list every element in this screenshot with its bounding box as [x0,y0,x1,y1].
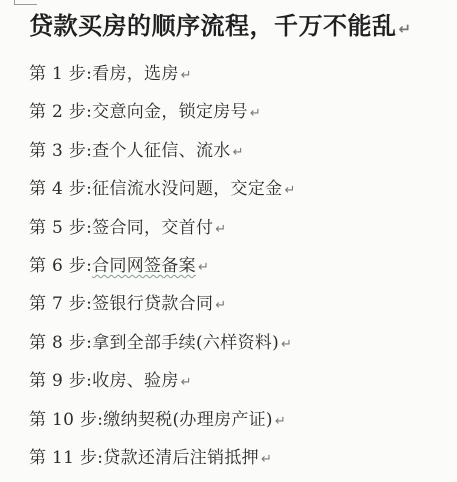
step-label: 第 5 步: [29,218,92,238]
step-row: 第 1 步:看房，选房↵ [29,64,437,102]
paragraph-mark-icon: ↵ [281,337,292,352]
step-label: 第 7 步: [29,294,92,314]
step-text: 缴纳契税(办理房产证) [103,410,273,430]
step-row: 第 2 步:交意向金，锁定房号↵ [29,102,437,140]
step-label: 第 6 步: [29,256,92,276]
step-row: 第 8 步:拿到全部手续(六样资料)↵ [29,333,437,371]
paragraph-mark-icon: ↵ [181,375,192,390]
step-label: 第 2 步: [29,102,92,122]
step-row: 第 11 步:贷款还清后注销抵押↵ [29,448,437,482]
step-row: 第 3 步:查个人征信、流水↵ [29,141,437,179]
paragraph-mark-icon: ↵ [284,183,295,198]
steps-list: 第 1 步:看房，选房↵ 第 2 步:交意向金，锁定房号↵ 第 3 步:查个人征… [29,64,437,482]
step-label: 第 4 步: [29,179,92,199]
step-label: 第 3 步: [29,141,92,161]
step-text: 贷款还清后注销抵押 [103,448,259,468]
step-text: 合同网签备案 [92,256,196,276]
paragraph-mark-icon: ↵ [233,145,244,160]
step-label: 第 10 步: [29,410,103,430]
step-row: 第 5 步:签合同，交首付↵ [29,218,437,256]
step-label: 第 1 步: [29,64,92,84]
paragraph-mark-icon: ↵ [275,414,286,429]
step-label: 第 8 步: [29,333,92,353]
paragraph-mark-icon: ↵ [181,68,192,83]
paragraph-mark-icon: ↵ [215,222,226,237]
step-label: 第 11 步: [29,448,103,468]
step-row: 第 6 步:合同网签备案↵ [29,256,437,294]
step-row: 第 7 步:签银行贷款合同↵ [29,294,437,332]
step-text: 交意向金，锁定房号 [92,102,248,122]
step-text: 收房、验房 [92,371,179,391]
margin-corner-mark [14,0,37,6]
paragraph-mark-icon: ↵ [261,452,272,467]
step-text: 签合同，交首付 [92,218,213,238]
step-label: 第 9 步: [29,371,92,391]
step-text: 查个人征信、流水 [92,141,230,161]
step-row: 第 9 步:收房、验房↵ [29,371,437,409]
page-title: 贷款买房的顺序流程，千万不能乱↵ [29,12,437,43]
margin-corner-vertical-line [14,0,15,5]
margin-corner-horizontal-line [14,4,37,5]
page-title-text: 贷款买房的顺序流程，千万不能乱 [29,11,397,40]
paragraph-mark-icon: ↵ [198,260,209,275]
paragraph-mark-icon: ↵ [215,298,226,313]
step-text: 征信流水没问题，交定金 [92,179,282,199]
step-text: 拿到全部手续(六样资料) [92,333,279,353]
paragraph-mark-icon: ↵ [250,106,261,121]
step-row: 第 4 步:征信流水没问题，交定金↵ [29,179,437,217]
step-text: 签银行贷款合同 [92,294,213,314]
step-row: 第 10 步:缴纳契税(办理房产证)↵ [29,410,437,448]
paragraph-mark-icon: ↵ [399,20,412,38]
document-page: 贷款买房的顺序流程，千万不能乱↵ 第 1 步:看房，选房↵ 第 2 步:交意向金… [0,0,457,482]
step-text: 看房，选房 [92,64,179,84]
